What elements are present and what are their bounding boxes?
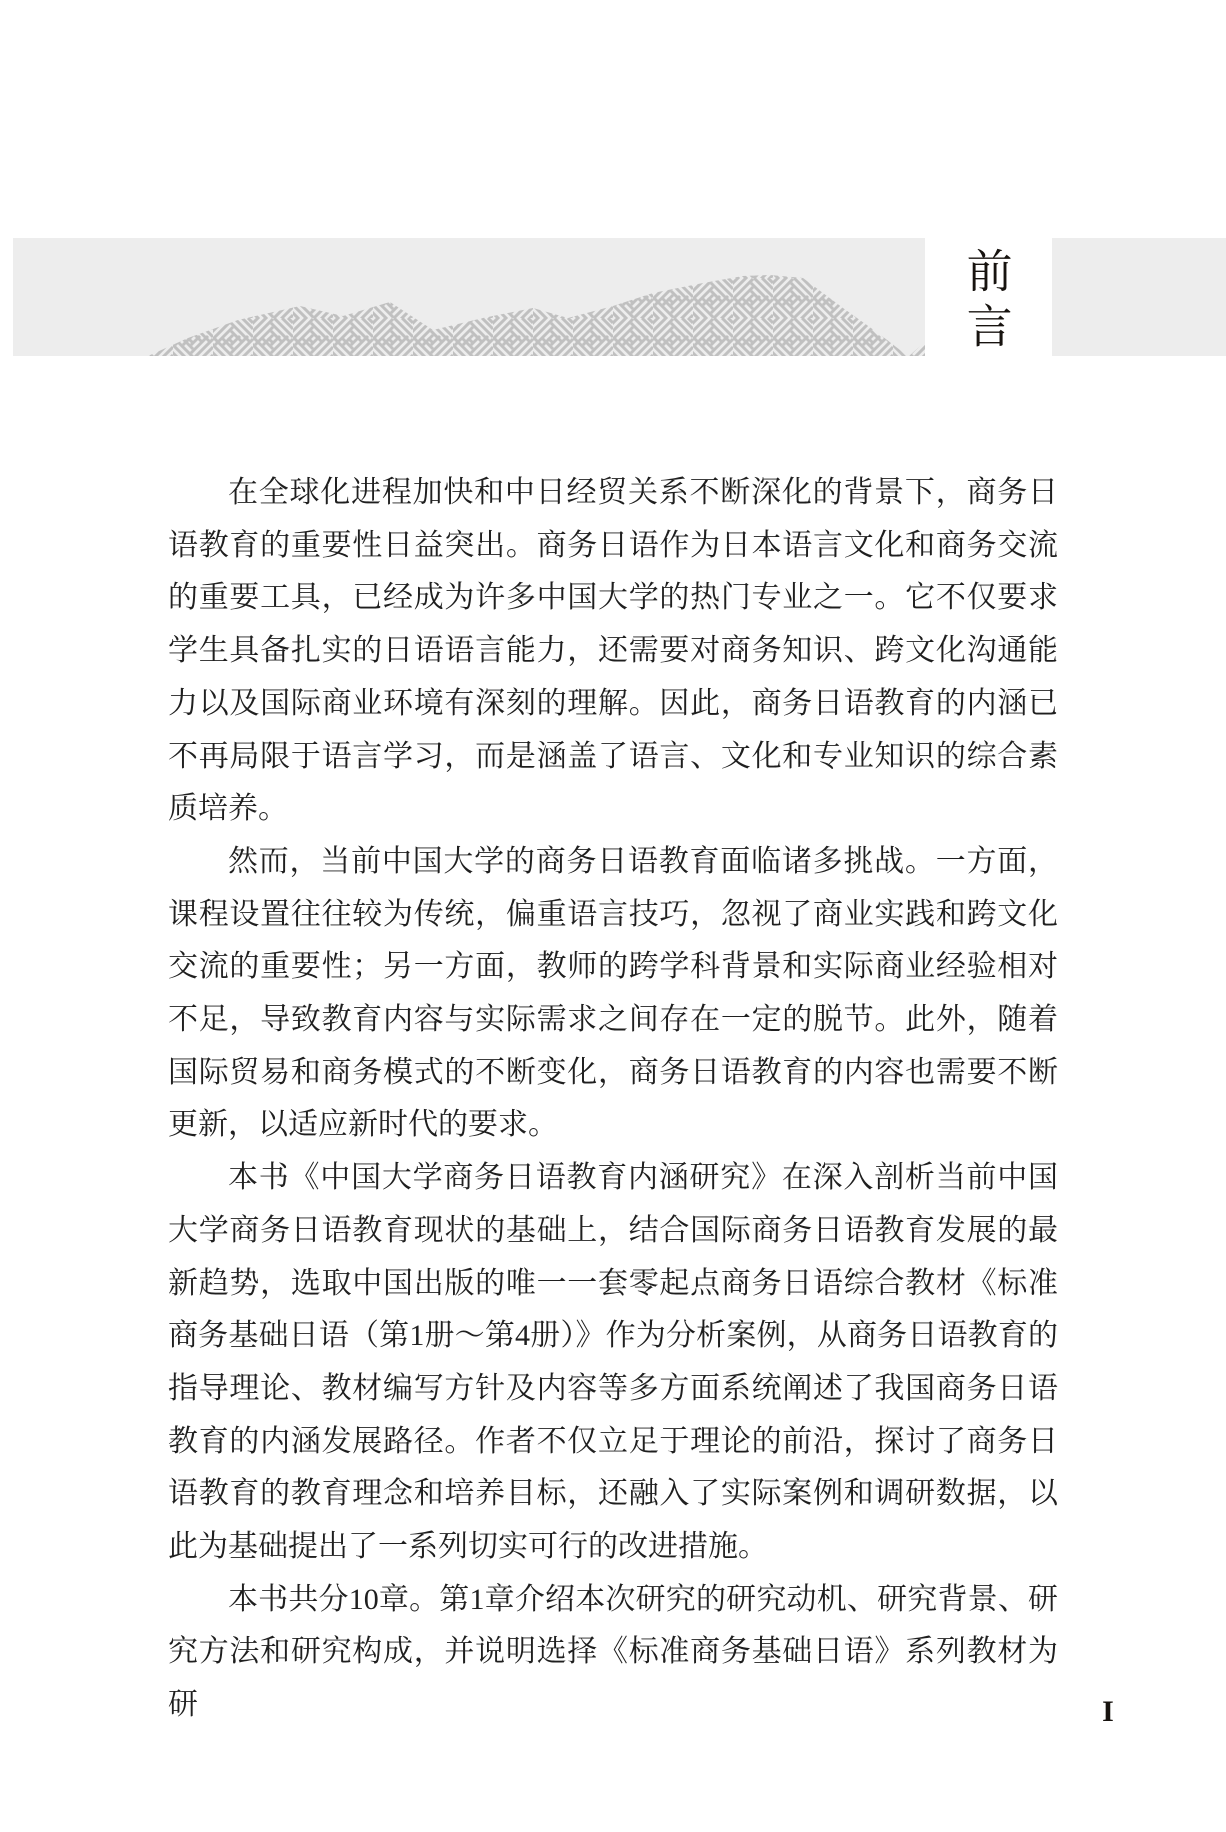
page-title: 前言 bbox=[960, 247, 1011, 357]
book-page: 前言 在全球化进程加快和中日经贸关系不断深化的背景下，商务日语教育的重要性日益突… bbox=[0, 0, 1226, 1832]
mountain-pattern bbox=[13, 238, 925, 356]
preface-body: 在全球化进程加快和中日经贸关系不断深化的背景下，商务日语教育的重要性日益突出。商… bbox=[168, 467, 1058, 1732]
header-band-left bbox=[13, 238, 925, 356]
paragraph-2: 然而，当前中国大学的商务日语教育面临诸多挑战。一方面，课程设置往往较为传统，偏重… bbox=[168, 836, 1058, 1152]
header-band-right bbox=[1052, 238, 1226, 356]
page-number: I bbox=[1084, 1695, 1132, 1729]
paragraph-3: 本书《中国大学商务日语教育内涵研究》在深入剖析当前中国大学商务日语教育现状的基础… bbox=[168, 1152, 1058, 1574]
paragraph-4: 本书共分10章。第1章介绍本次研究的研究动机、研究背景、研究方法和研究构成，并说… bbox=[168, 1574, 1058, 1732]
paragraph-1: 在全球化进程加快和中日经贸关系不断深化的背景下，商务日语教育的重要性日益突出。商… bbox=[168, 467, 1058, 836]
